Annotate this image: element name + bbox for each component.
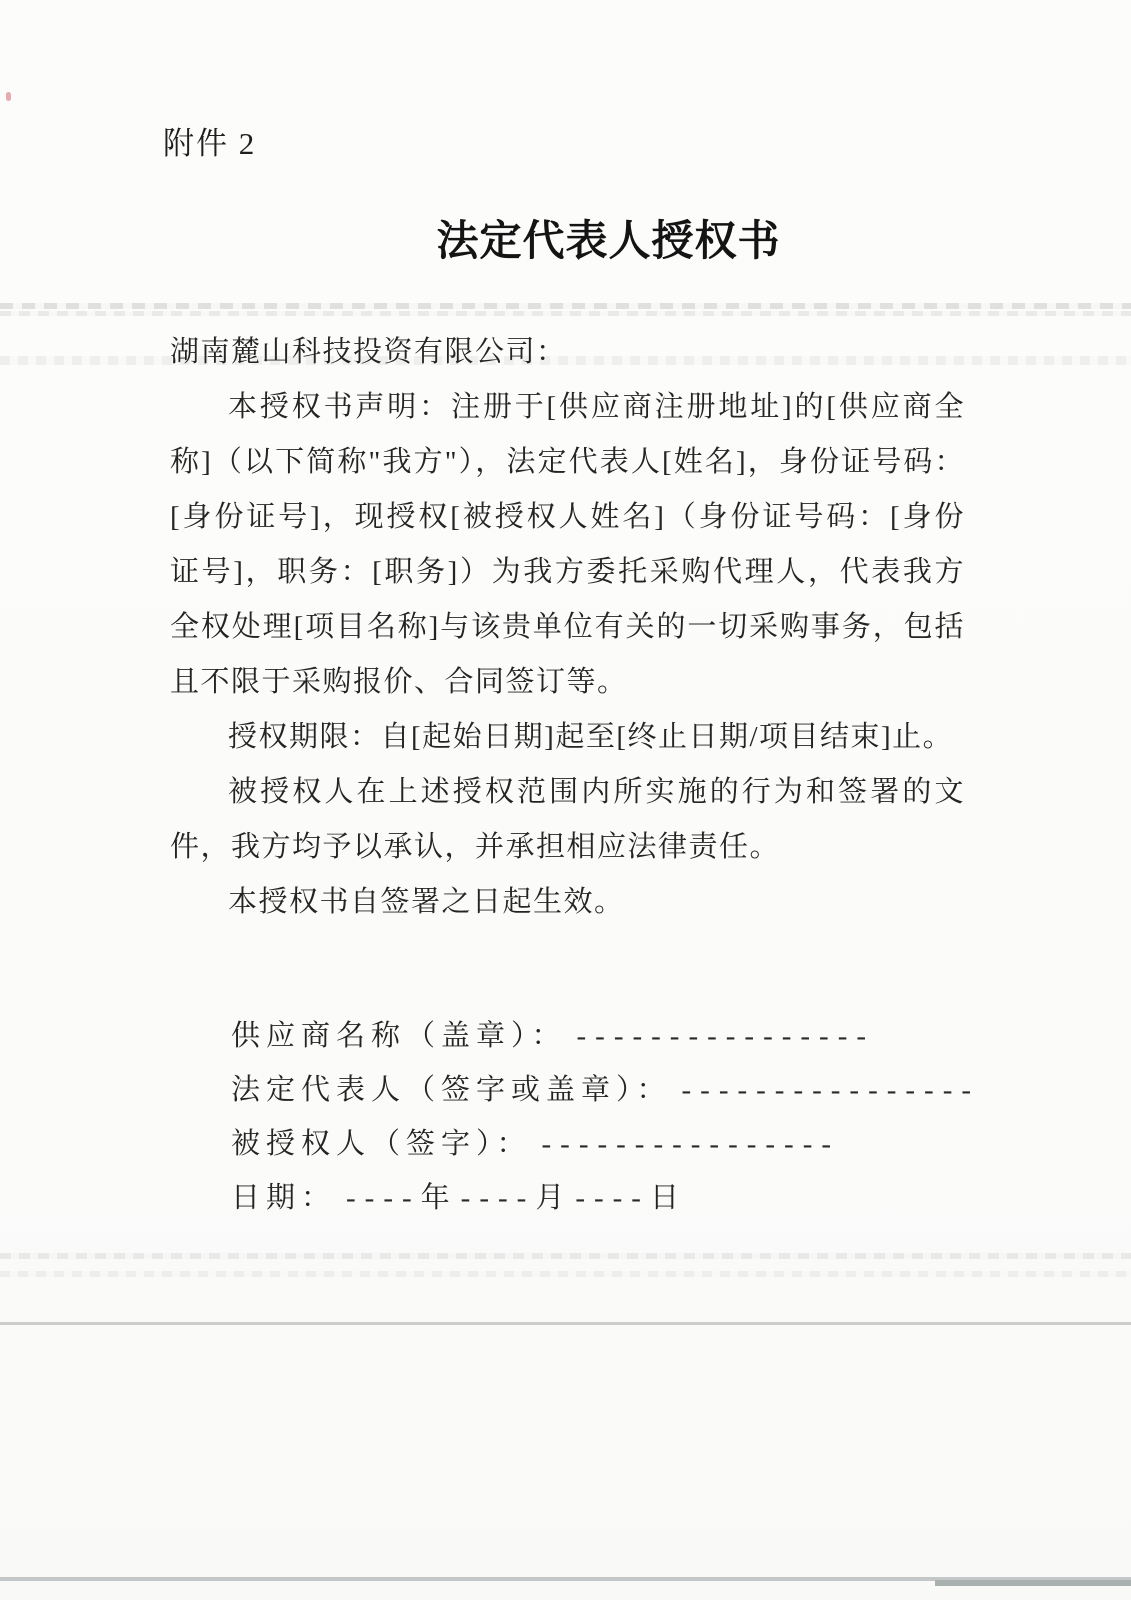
signature-label: 被授权人（签字）：	[231, 1128, 532, 1160]
body-line: 被授权人在上述授权范围内所实施的行为和签署的文	[170, 765, 965, 820]
body-line: 且不限于采购报价、合同签订等。	[170, 655, 965, 710]
body-line: 称]（以下简称"我方"），法定代表人[姓名]，身份证号码：	[170, 435, 965, 490]
scanned-document-page: 附件 2 法定代表人授权书 湖南麓山科技投资有限公司： 本授权书声明：注册于[供…	[0, 0, 1131, 1600]
scan-artifact-band	[0, 311, 1131, 316]
document-title: 法定代表人授权书	[0, 216, 1131, 268]
scan-red-speck	[6, 92, 11, 101]
date-blank-day: ----	[575, 1182, 650, 1214]
month-character: 月	[535, 1182, 565, 1214]
date-blank-year: ----	[346, 1182, 421, 1214]
signature-block: 供应商名称（盖章）：---------------- 法定代表人（签字或盖章）：…	[231, 1009, 980, 1225]
signature-row-legal-representative: 法定代表人（签字或盖章）：----------------	[231, 1063, 980, 1117]
signature-label: 供应商名称（盖章）：	[231, 1020, 567, 1052]
year-character: 年	[421, 1182, 451, 1214]
scan-artifact-line	[0, 1322, 1131, 1325]
body-line: 件，我方均予以承认，并承担相应法律责任。	[170, 820, 965, 875]
body-line: [身份证号]，现授权[被授权人姓名]（身份证号码：[身份	[170, 490, 965, 545]
body-line: 本授权书自签署之日起生效。	[170, 875, 965, 930]
signature-blank-line: ----------------	[542, 1128, 841, 1160]
signature-blank-line: ----------------	[577, 1020, 876, 1052]
signature-row-supplier-name: 供应商名称（盖章）：----------------	[231, 1009, 980, 1063]
signature-row-authorized-person: 被授权人（签字）：----------------	[231, 1117, 980, 1171]
date-label: 日期：	[231, 1182, 336, 1214]
signature-label: 法定代表人（签字或盖章）：	[231, 1074, 672, 1106]
scan-artifact-band	[0, 303, 1131, 309]
date-blank-month: ----	[461, 1182, 536, 1214]
body-line: 授权期限：自[起始日期]起至[终止日期/项目结束]止。	[170, 710, 965, 765]
signature-blank-line: ----------------	[682, 1074, 981, 1106]
page-bottom-edge-shadow	[935, 1580, 1131, 1586]
day-character: 日	[650, 1182, 680, 1214]
date-row: 日期：----年----月----日	[231, 1171, 980, 1225]
salutation-line: 湖南麓山科技投资有限公司：	[170, 325, 965, 380]
scan-artifact-band	[0, 1253, 1131, 1259]
scan-artifact-band	[0, 1271, 1131, 1277]
body-line: 全权处理[项目名称]与该贵单位有关的一切采购事务，包括	[170, 600, 965, 655]
document-body: 湖南麓山科技投资有限公司： 本授权书声明：注册于[供应商注册地址]的[供应商全 …	[170, 325, 965, 930]
body-line: 本授权书声明：注册于[供应商注册地址]的[供应商全	[170, 380, 965, 435]
body-line: 证号]，职务：[职务]）为我方委托采购代理人，代表我方	[170, 545, 965, 600]
attachment-label: 附件 2	[163, 121, 256, 167]
